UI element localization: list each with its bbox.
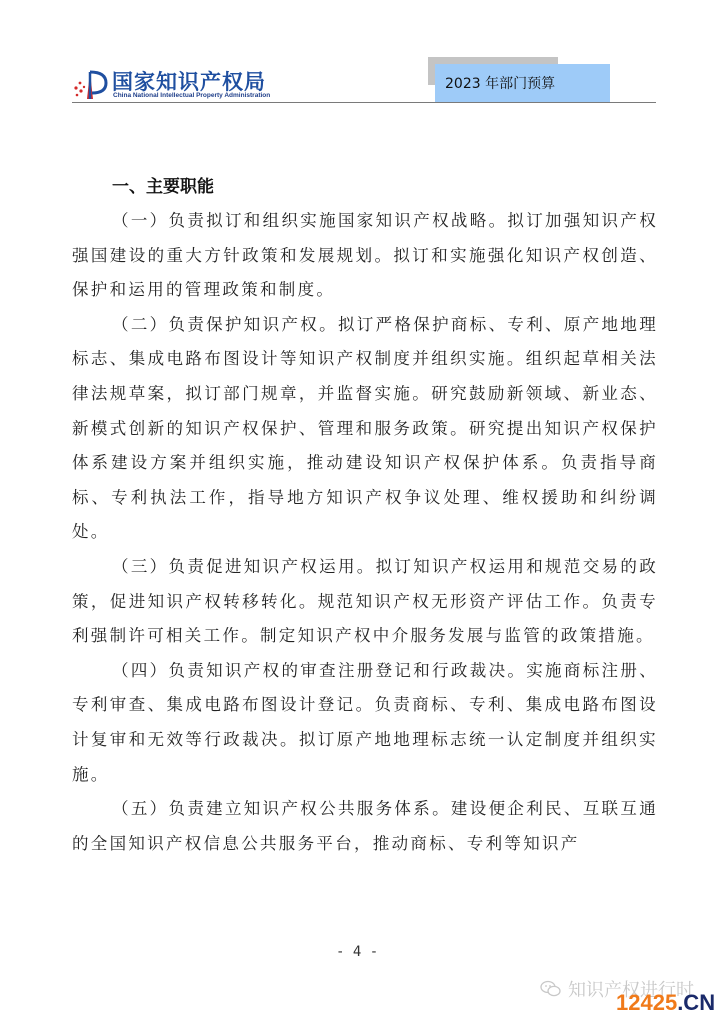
site-watermark: 12425.CN bbox=[616, 990, 715, 1016]
paragraph-4: （四）负责知识产权的审查注册登记和行政裁决。实施商标注册、专利审查、集成电路布图… bbox=[72, 654, 658, 792]
paragraph-1: （一）负责拟订和组织实施国家知识产权战略。拟订加强知识产权强国建设的重大方针政策… bbox=[72, 204, 658, 308]
paragraph-2: （二）负责保护知识产权。拟订严格保护商标、专利、原产地地理标志、集成电路布图设计… bbox=[72, 308, 658, 550]
cnipa-logo-icon bbox=[72, 66, 108, 102]
budget-year-badge: 2023 年部门预算 bbox=[435, 64, 610, 102]
paragraph-5: （五）负责建立知识产权公共服务体系。建设便企利民、互联互通的全国知识产权信息公共… bbox=[72, 792, 658, 861]
page-header: 国家知识产权局 China National Intellectual Prop… bbox=[0, 0, 720, 110]
wechat-icon bbox=[540, 980, 562, 998]
header-divider bbox=[72, 102, 656, 103]
org-name-en: China National Intellectual Property Adm… bbox=[113, 92, 270, 99]
paragraph-3: （三）负责促进知识产权运用。拟订知识产权运用和规范交易的政策，促进知识产权转移转… bbox=[72, 550, 658, 654]
site-domain: .CN bbox=[677, 990, 715, 1015]
page-number: - 4 - bbox=[336, 944, 378, 960]
section-heading: 一、主要职能 bbox=[112, 170, 658, 204]
site-number: 12425 bbox=[616, 990, 677, 1015]
document-body: 一、主要职能 （一）负责拟订和组织实施国家知识产权战略。拟订加强知识产权强国建设… bbox=[72, 170, 658, 861]
